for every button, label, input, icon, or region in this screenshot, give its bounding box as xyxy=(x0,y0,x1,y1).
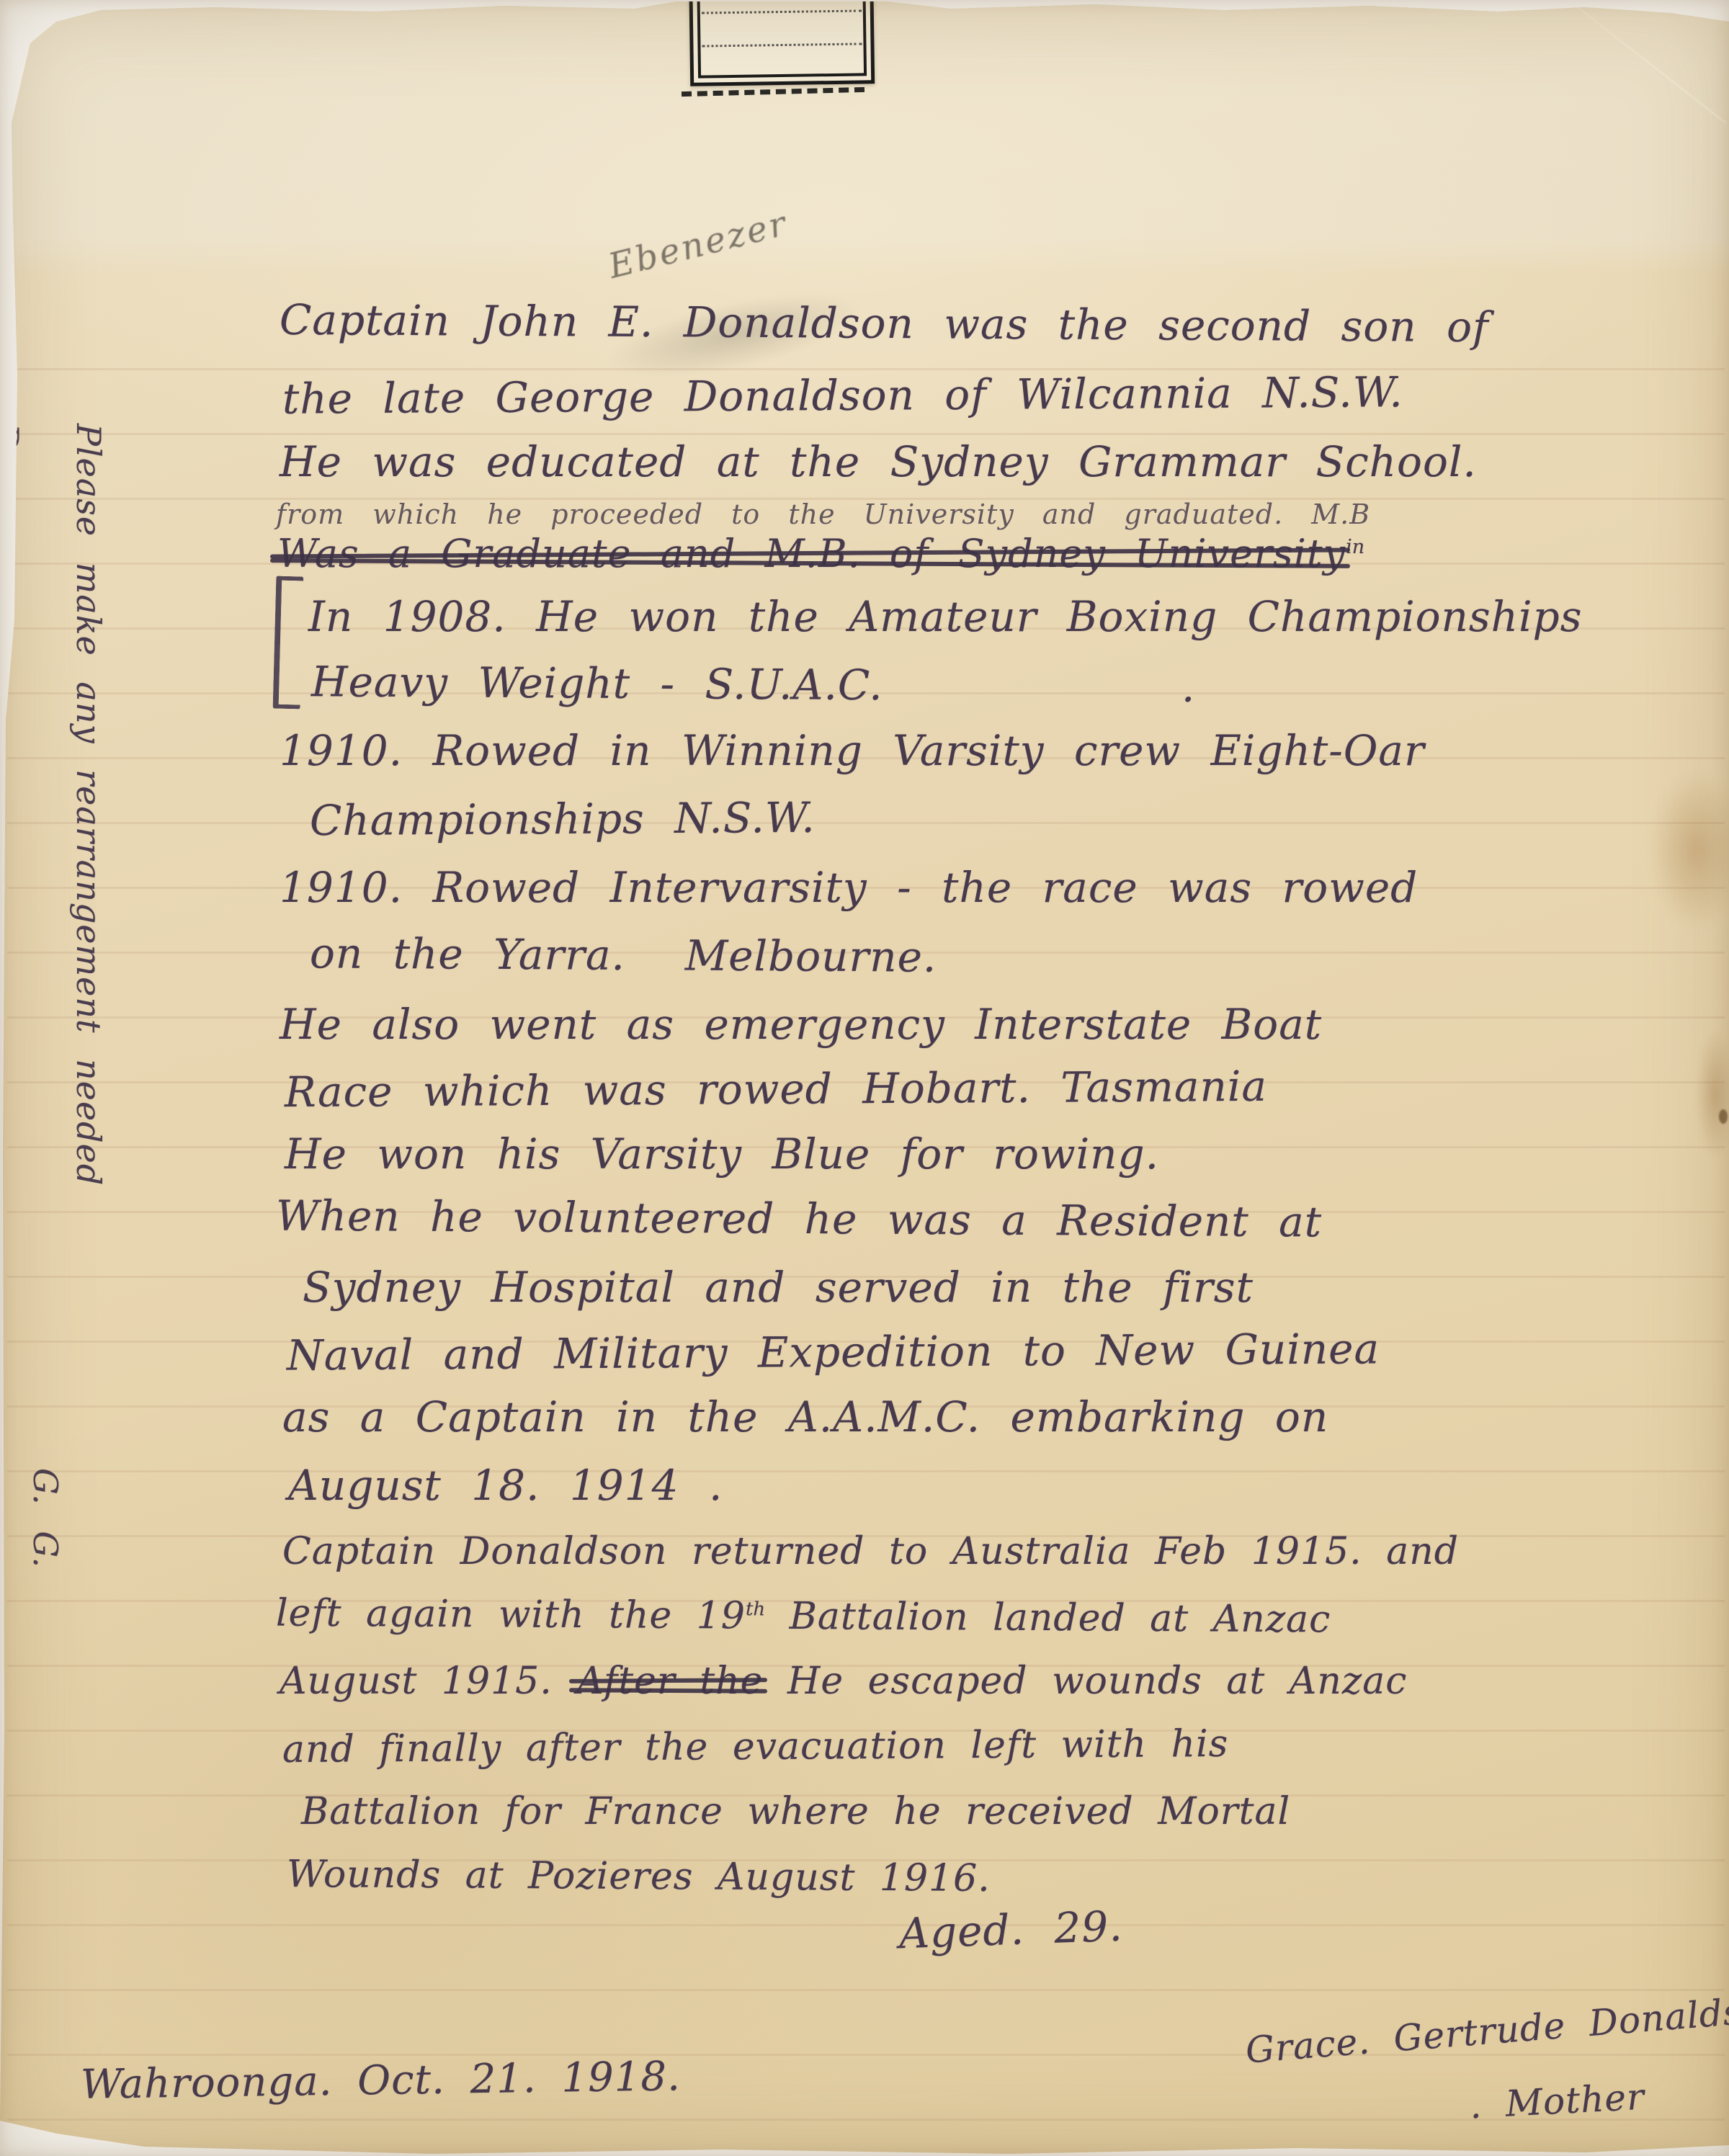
line-21-text: Battalion landed at Anzac xyxy=(765,1595,1331,1642)
manuscript-line-01: Captain John E. Donaldson was the second… xyxy=(280,295,1489,352)
manuscript-line-02: the late George Donaldson of Wilcannia N… xyxy=(282,367,1403,424)
manuscript-line-24: Battalion for France where he received M… xyxy=(301,1790,1290,1833)
corner-crease xyxy=(1487,0,1727,124)
margin-note-text: Please make any rearrangement needed xyxy=(69,424,108,1186)
manuscript-line-04-inserted: from which he proceeded to the Universit… xyxy=(276,498,1370,530)
insertion-bracket xyxy=(273,576,304,710)
manuscript-line-08: 1910. Rowed in Winning Varsity crew Eigh… xyxy=(280,726,1425,775)
manuscript-page: Ebenezer Please make any rearrangement n… xyxy=(0,0,1729,2156)
margin-note: Please make any rearrangement needed G. … xyxy=(0,424,108,1605)
manuscript-line-06: In 1908. He won the Amateur Boxing Champ… xyxy=(308,592,1582,641)
manuscript-line-16: Sydney Hospital and served in the first xyxy=(303,1263,1254,1312)
line-22-struck-text: After the xyxy=(576,1660,763,1703)
manuscript-line-11: on the Yarra. Melbourne. xyxy=(310,929,937,981)
margin-note-initials: G. G. D. xyxy=(0,424,65,1605)
line-22-text: August 1915. xyxy=(280,1660,576,1703)
line-22-text: He escaped wounds at Anzac xyxy=(763,1660,1407,1703)
manuscript-line-03: He was educated at the Sydney Grammar Sc… xyxy=(280,437,1477,486)
archive-label xyxy=(689,0,875,86)
manuscript-line-25: Wounds at Pozieres August 1916. xyxy=(287,1853,991,1900)
manuscript-line-13: Race which was rowed Hobart. Tasmania xyxy=(285,1062,1267,1117)
manuscript-line-19: August 18. 1914 . xyxy=(288,1461,723,1510)
line-21-superscript: th xyxy=(746,1598,765,1620)
manuscript-line-21: left again with the 19th Battalion lande… xyxy=(276,1592,1331,1642)
manuscript-line-07: Heavy Weight - S.U.A.C. . xyxy=(311,657,1196,711)
manuscript-line-17: Naval and Military Expedition to New Gui… xyxy=(287,1324,1380,1379)
pencil-annotation: Ebenezer xyxy=(604,203,792,287)
manuscript-line-15: When he volunteered he was a Resident at xyxy=(276,1191,1322,1247)
manuscript-line-09: Championships N.S.W. xyxy=(310,793,816,845)
manuscript-line-26-aged: Aged. 29. xyxy=(898,1902,1124,1959)
manuscript-line-23: and finally after the evacuation left wi… xyxy=(282,1722,1229,1771)
line-21-text: left again with the 19 xyxy=(276,1592,746,1638)
manuscript-line-22: August 1915. After the He escaped wounds… xyxy=(280,1660,1407,1703)
manuscript-line-10: 1910. Rowed Intervarsity - the race was … xyxy=(280,863,1418,912)
scanned-manuscript: Ebenezer Please make any rearrangement n… xyxy=(0,0,1729,2156)
manuscript-line-05-struck: Was a Graduate and M.B. of Sydney Univer… xyxy=(277,531,1364,576)
manuscript-line-12: He also went as emergency Interstate Boa… xyxy=(280,1000,1322,1049)
manuscript-line-18: as a Captain in the A.A.M.C. embarking o… xyxy=(282,1392,1328,1441)
manuscript-line-20: Captain Donaldson returned to Australia … xyxy=(282,1530,1459,1573)
dateline: Wahroonga. Oct. 21. 1918. xyxy=(81,2053,682,2108)
struck-text: Was a Graduate and M.B. of Sydney Univer… xyxy=(277,531,1346,576)
manuscript-line-14: He won his Varsity Blue for rowing. xyxy=(285,1130,1159,1178)
struck-line-superscript: in xyxy=(1346,536,1364,558)
label-torn-edge xyxy=(682,87,864,97)
